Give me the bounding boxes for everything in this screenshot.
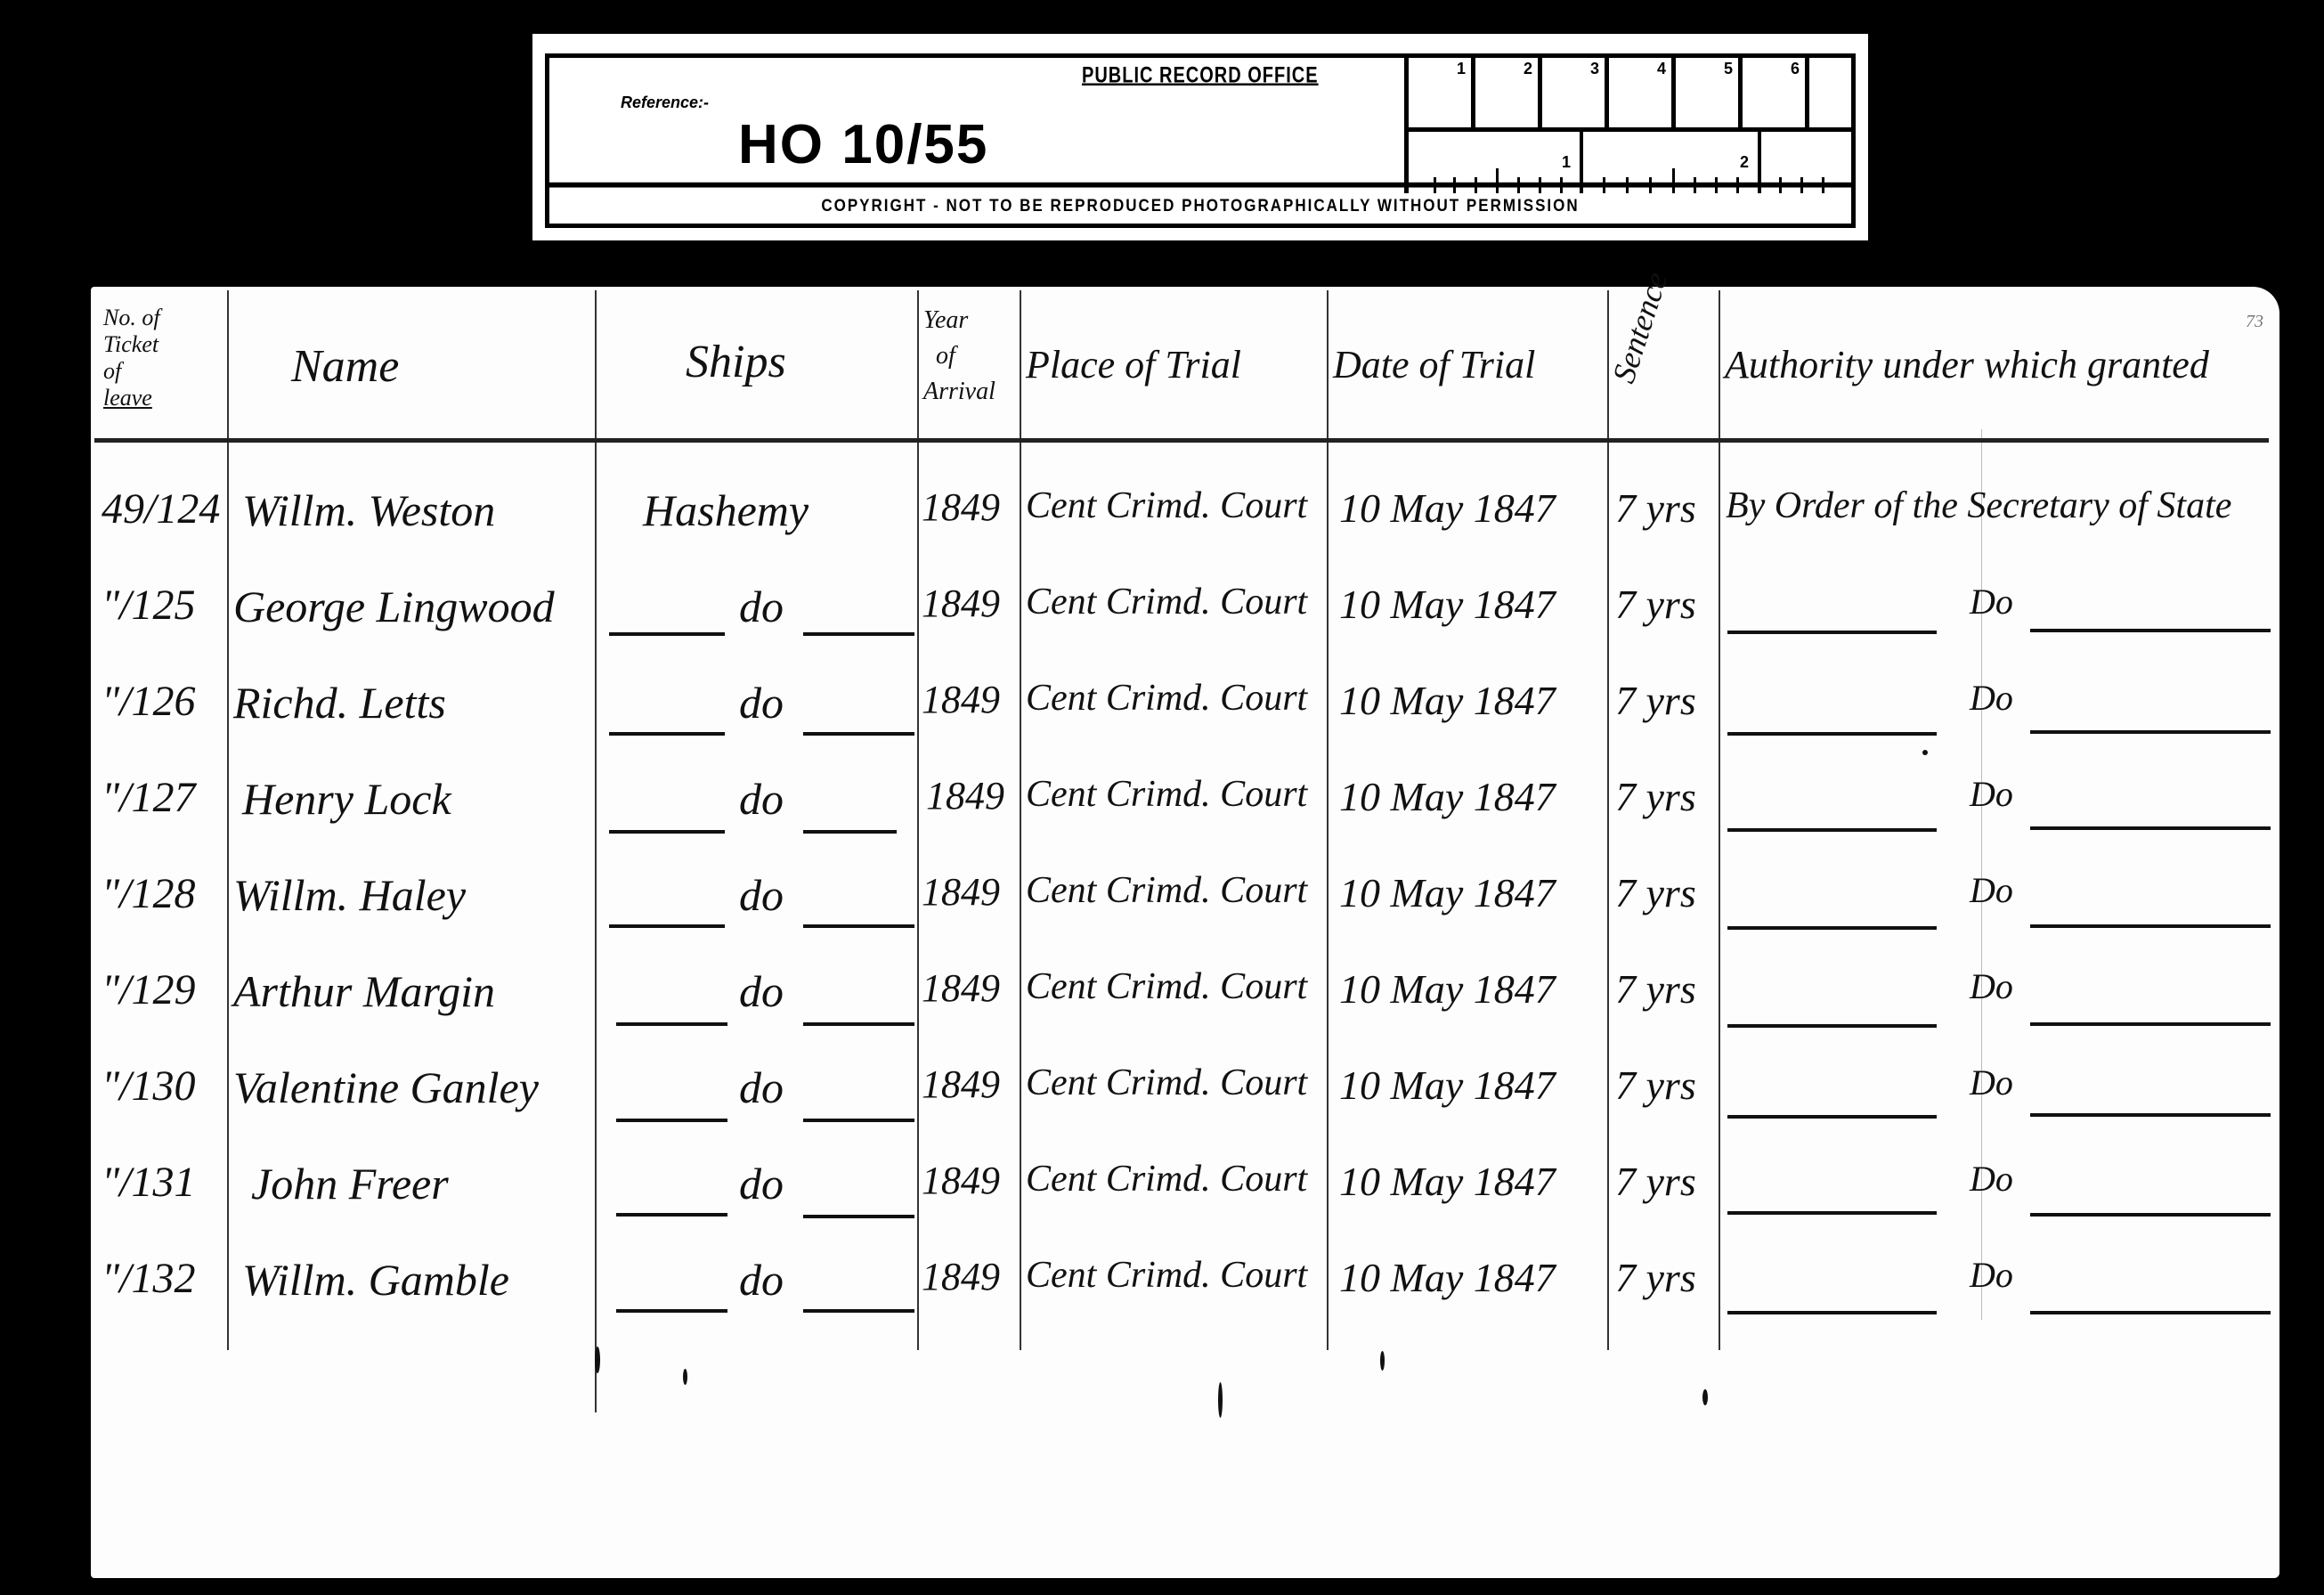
- authority: Do: [1970, 1062, 2013, 1103]
- ruler-cm-segment: 1: [1409, 58, 1475, 127]
- ditto-line: [609, 632, 725, 636]
- ruler-cm-segment: 3: [1542, 58, 1609, 127]
- ship-name: do: [739, 581, 784, 632]
- table-row: "/131 John Freer do 1849 Cent Crimd. Cou…: [91, 1147, 2279, 1245]
- year-of-arrival: 1849: [922, 581, 1000, 626]
- ditto-line: [2030, 1113, 2271, 1117]
- ticket-number: "/130: [102, 1062, 196, 1111]
- date-of-trial: 10 May 1847: [1339, 1158, 1556, 1205]
- reference-code: HO 10/55: [738, 113, 988, 176]
- header-ticket-line: leave: [103, 385, 160, 411]
- ruler-cm-number: 6: [1791, 60, 1800, 78]
- convict-name: Henry Lock: [242, 773, 451, 825]
- ship-name: do: [739, 965, 784, 1017]
- table-row: "/129 Arthur Margin do 1849 Cent Crimd. …: [91, 955, 2279, 1053]
- ticket-number: "/129: [102, 965, 196, 1014]
- sentence: 7 yrs: [1615, 1158, 1696, 1205]
- convict-name: Arthur Margin: [233, 965, 495, 1017]
- year-of-arrival: 1849: [926, 773, 1004, 818]
- year-of-arrival: 1849: [922, 1158, 1000, 1203]
- reference-caption: Reference:-: [621, 94, 709, 112]
- header-date-of-trial: Date of Trial: [1333, 342, 1535, 387]
- ink-speck: [683, 1369, 687, 1385]
- ink-speck: [595, 1347, 600, 1373]
- convict-name: Richd. Letts: [233, 677, 446, 728]
- ditto-line: [2030, 1213, 2271, 1217]
- date-of-trial: 10 May 1847: [1339, 581, 1556, 628]
- sentence: 7 yrs: [1615, 869, 1696, 916]
- place-of-trial: Cent Crimd. Court: [1026, 1254, 1307, 1297]
- header-sentence: Sentence: [1605, 267, 1675, 387]
- authority: Do: [1970, 773, 2013, 815]
- authority: Do: [1970, 965, 2013, 1007]
- authority: By Order of the Secretary of State: [1726, 484, 2231, 527]
- ditto-line: [1727, 1115, 1937, 1119]
- ditto-line: [2030, 1022, 2271, 1026]
- convict-name: John Freer: [251, 1158, 449, 1209]
- ship-name: do: [739, 869, 784, 921]
- place-of-trial: Cent Crimd. Court: [1026, 1158, 1307, 1200]
- label-border: PUBLIC RECORD OFFICE Reference:- HO 10/5…: [545, 53, 1856, 228]
- ditto-line: [609, 830, 725, 834]
- date-of-trial: 10 May 1847: [1339, 773, 1556, 820]
- place-of-trial: Cent Crimd. Court: [1026, 773, 1307, 816]
- ditto-line: [803, 1119, 914, 1122]
- register-page: No. of Ticket of leave Name Ships Year o…: [91, 287, 2279, 1578]
- header-ships: Ships: [686, 336, 786, 388]
- header-year-line: of: [923, 338, 995, 374]
- header-rule: [94, 438, 2269, 443]
- ruler-cm-scale: 1 2 3 4 5 6: [1409, 58, 1851, 132]
- ruler-cm-segment: 2: [1475, 58, 1542, 127]
- authority: Do: [1970, 869, 2013, 911]
- table-row: "/130 Valentine Ganley do 1849 Cent Crim…: [91, 1051, 2279, 1149]
- ruler-cm-number: 1: [1457, 60, 1466, 78]
- header-authority: Authority under which granted: [1725, 342, 2209, 387]
- ruler-cm-segment: 6: [1743, 58, 1809, 127]
- convict-name: Willm. Gamble: [242, 1254, 509, 1306]
- ruler-cm-number: 5: [1724, 60, 1733, 78]
- ship-name: do: [739, 677, 784, 728]
- ruler-inch-number: 2: [1740, 153, 1749, 172]
- year-of-arrival: 1849: [922, 869, 1000, 915]
- ticket-number: "/125: [102, 581, 196, 630]
- year-of-arrival: 1849: [922, 1062, 1000, 1107]
- ditto-line: [616, 1119, 727, 1122]
- ditto-line: [2030, 730, 2271, 734]
- ruler-cm-number: 3: [1590, 60, 1599, 78]
- ditto-line: [1727, 828, 1937, 832]
- convict-name: George Lingwood: [233, 581, 555, 632]
- place-of-trial: Cent Crimd. Court: [1026, 484, 1307, 527]
- ditto-line: [1727, 1024, 1937, 1028]
- ditto-line: [1727, 1211, 1937, 1215]
- year-of-arrival: 1849: [922, 484, 1000, 530]
- sentence: 7 yrs: [1615, 677, 1696, 724]
- header-name: Name: [291, 340, 399, 393]
- ticket-number: "/126: [102, 677, 196, 726]
- ruler-inch-number: 1: [1562, 153, 1571, 172]
- ditto-line: [803, 1309, 914, 1313]
- ditto-line: [616, 1022, 727, 1026]
- date-of-trial: 10 May 1847: [1339, 1254, 1556, 1301]
- ship-name: do: [739, 1062, 784, 1113]
- header-ticket-no: No. of Ticket of leave: [103, 305, 160, 411]
- ruler-cm-segment: 4: [1609, 58, 1676, 127]
- table-row: 49/124 Willm. Weston Hashemy 1849 Cent C…: [91, 474, 2279, 572]
- ditto-line: [803, 1215, 914, 1218]
- year-of-arrival: 1849: [922, 965, 1000, 1011]
- office-title: PUBLIC RECORD OFFICE: [1082, 63, 1319, 89]
- convict-name: Willm. Weston: [242, 484, 495, 536]
- ditto-line: [2030, 924, 2271, 928]
- ditto-line: [609, 924, 725, 928]
- ditto-line: [2030, 629, 2271, 632]
- label-main-area: PUBLIC RECORD OFFICE Reference:- HO 10/5…: [549, 58, 1440, 193]
- header-year-line: Year: [923, 303, 995, 338]
- header-year-of-arrival: Year of Arrival: [923, 303, 995, 410]
- header-ticket-line: of: [103, 358, 160, 385]
- table-row: "/127 Henry Lock do 1849 Cent Crimd. Cou…: [91, 762, 2279, 860]
- ditto-line: [803, 830, 897, 834]
- ruler-cm-number: 2: [1524, 60, 1532, 78]
- header-ticket-line: Ticket: [103, 331, 160, 358]
- ditto-line: [803, 732, 914, 736]
- table-row: "/126 Richd. Letts do 1849 Cent Crimd. C…: [91, 666, 2279, 764]
- ink-speck: [1380, 1351, 1385, 1371]
- date-of-trial: 10 May 1847: [1339, 869, 1556, 916]
- ditto-line: [803, 632, 914, 636]
- year-of-arrival: 1849: [922, 1254, 1000, 1299]
- year-of-arrival: 1849: [922, 677, 1000, 722]
- ditto-line: [616, 1309, 727, 1313]
- place-of-trial: Cent Crimd. Court: [1026, 869, 1307, 912]
- ticket-number: "/131: [102, 1158, 196, 1207]
- reference-label-card: PUBLIC RECORD OFFICE Reference:- HO 10/5…: [532, 34, 1868, 240]
- ditto-line: [803, 1022, 914, 1026]
- place-of-trial: Cent Crimd. Court: [1026, 581, 1307, 623]
- ticket-number: "/128: [102, 869, 196, 918]
- header-year-line: Arrival: [923, 374, 995, 410]
- authority: Do: [1970, 1254, 2013, 1296]
- date-of-trial: 10 May 1847: [1339, 484, 1556, 532]
- place-of-trial: Cent Crimd. Court: [1026, 1062, 1307, 1104]
- date-of-trial: 10 May 1847: [1339, 1062, 1556, 1109]
- copyright-notice: COPYRIGHT - NOT TO BE REPRODUCED PHOTOGR…: [549, 183, 1851, 226]
- ship-name: do: [739, 1254, 784, 1306]
- ticket-number: "/132: [102, 1254, 196, 1303]
- sentence: 7 yrs: [1615, 1062, 1696, 1109]
- ship-name: Hashemy: [643, 484, 809, 536]
- ditto-line: [609, 732, 725, 736]
- ditto-line: [1727, 926, 1937, 930]
- header-ticket-line: No. of: [103, 305, 160, 331]
- table-row: "/132 Willm. Gamble do 1849 Cent Crimd. …: [91, 1243, 2279, 1341]
- authority: Do: [1970, 581, 2013, 623]
- ditto-line: [2030, 1311, 2271, 1314]
- ship-name: do: [739, 1158, 784, 1209]
- corner-folio-mark: 73: [2246, 312, 2263, 332]
- header-place-of-trial: Place of Trial: [1026, 342, 1241, 387]
- ink-speck: [1922, 750, 1928, 755]
- convict-name: Valentine Ganley: [233, 1062, 539, 1113]
- place-of-trial: Cent Crimd. Court: [1026, 965, 1307, 1008]
- ditto-line: [1727, 1311, 1937, 1314]
- ticket-number: 49/124: [102, 484, 220, 533]
- ink-speck: [1702, 1389, 1708, 1405]
- ditto-line: [616, 1213, 727, 1217]
- ruler-cm-number: 4: [1657, 60, 1666, 78]
- ink-speck: [1218, 1382, 1223, 1418]
- ditto-line: [1727, 631, 1937, 634]
- ditto-line: [1727, 732, 1937, 736]
- sentence: 7 yrs: [1615, 581, 1696, 628]
- authority: Do: [1970, 677, 2013, 719]
- sentence: 7 yrs: [1615, 1254, 1696, 1301]
- sentence: 7 yrs: [1615, 773, 1696, 820]
- date-of-trial: 10 May 1847: [1339, 677, 1556, 724]
- table-row: "/125 George Lingwood do 1849 Cent Crimd…: [91, 570, 2279, 668]
- table-row: "/128 Willm. Haley do 1849 Cent Crimd. C…: [91, 859, 2279, 956]
- scale-ruler: 1 2 3 4 5 6 1: [1404, 58, 1851, 193]
- convict-name: Willm. Haley: [233, 869, 466, 921]
- ruler-cm-segment: 5: [1676, 58, 1743, 127]
- ditto-line: [2030, 826, 2271, 830]
- sentence: 7 yrs: [1615, 484, 1696, 532]
- authority: Do: [1970, 1158, 2013, 1200]
- ticket-number: "/127: [102, 773, 196, 822]
- date-of-trial: 10 May 1847: [1339, 965, 1556, 1013]
- place-of-trial: Cent Crimd. Court: [1026, 677, 1307, 720]
- sentence: 7 yrs: [1615, 965, 1696, 1013]
- ship-name: do: [739, 773, 784, 825]
- ditto-line: [803, 924, 914, 928]
